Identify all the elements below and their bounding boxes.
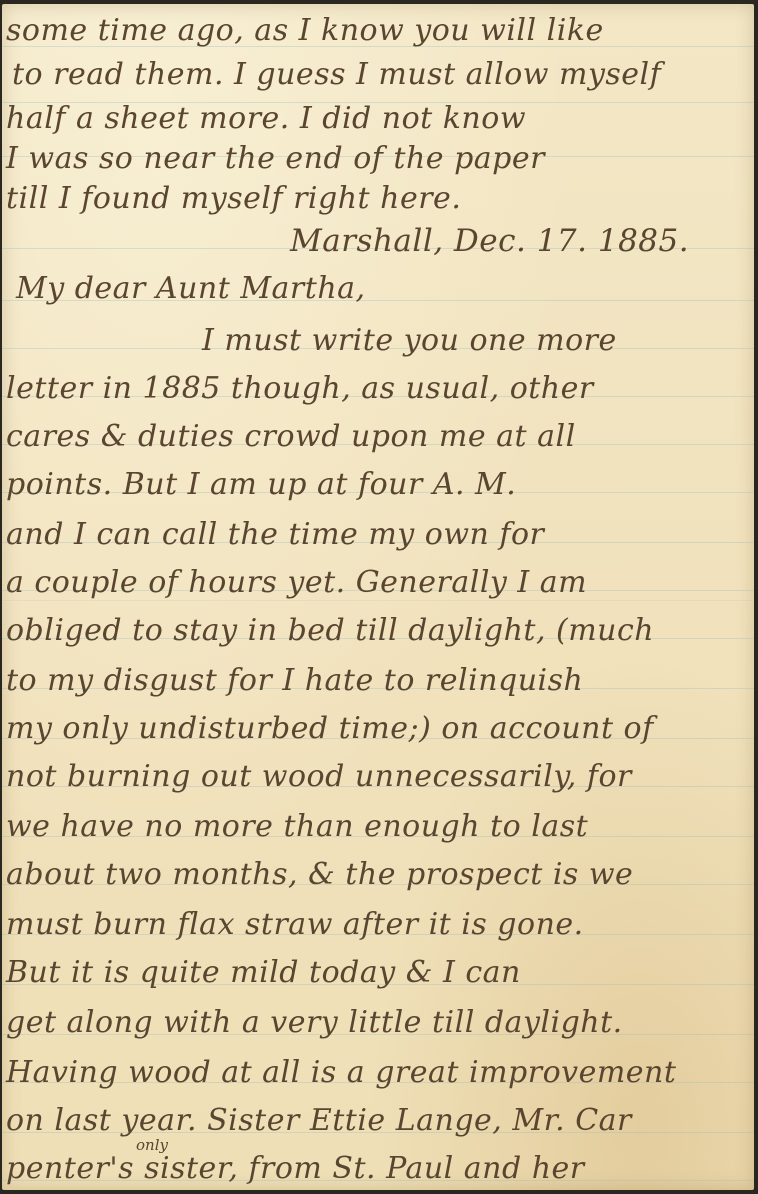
- body-line: penter's sister, from St. Paul and her: [6, 1154, 585, 1184]
- dateline: Marshall, Dec. 17. 1885.: [290, 226, 689, 257]
- body-line: But it is quite mild today & I can: [6, 958, 521, 988]
- paper-fold: [2, 600, 754, 602]
- continuation-line: to read them. I guess I must allow mysel…: [12, 60, 661, 90]
- continuation-line: half a sheet more. I did not know: [6, 104, 526, 134]
- body-line: Having wood at all is a great improvemen…: [6, 1058, 676, 1088]
- continuation-line: till I found myself right here.: [6, 184, 461, 214]
- body-line: must burn flax straw after it is gone.: [6, 910, 584, 940]
- body-line: get along with a very little till daylig…: [6, 1008, 623, 1038]
- body-line: and I can call the time my own for: [6, 520, 544, 550]
- body-line: letter in 1885 though, as usual, other: [6, 374, 594, 404]
- salutation: My dear Aunt Martha,: [16, 274, 366, 304]
- body-line: about two months, & the prospect is we: [6, 860, 633, 890]
- body-line: we have no more than enough to last: [6, 812, 588, 842]
- body-line: I must write you one more: [202, 326, 617, 356]
- body-line: to my disgust for I hate to relinquish: [6, 666, 583, 696]
- body-line: on last year. Sister Ettie Lange, Mr. Ca…: [6, 1106, 632, 1136]
- letter-page: some time ago, as I know you will like t…: [2, 4, 754, 1190]
- body-line: points. But I am up at four A. M.: [6, 470, 516, 500]
- body-line: obliged to stay in bed till daylight, (m…: [6, 616, 654, 646]
- body-line: a couple of hours yet. Generally I am: [6, 568, 587, 598]
- body-line: my only undisturbed time;) on account of: [6, 714, 654, 744]
- continuation-line: I was so near the end of the paper: [6, 144, 545, 174]
- body-line: not burning out wood unnecessarily, for: [6, 762, 632, 792]
- body-line: cares & duties crowd upon me at all: [6, 422, 576, 452]
- continuation-line: some time ago, as I know you will like: [6, 16, 604, 46]
